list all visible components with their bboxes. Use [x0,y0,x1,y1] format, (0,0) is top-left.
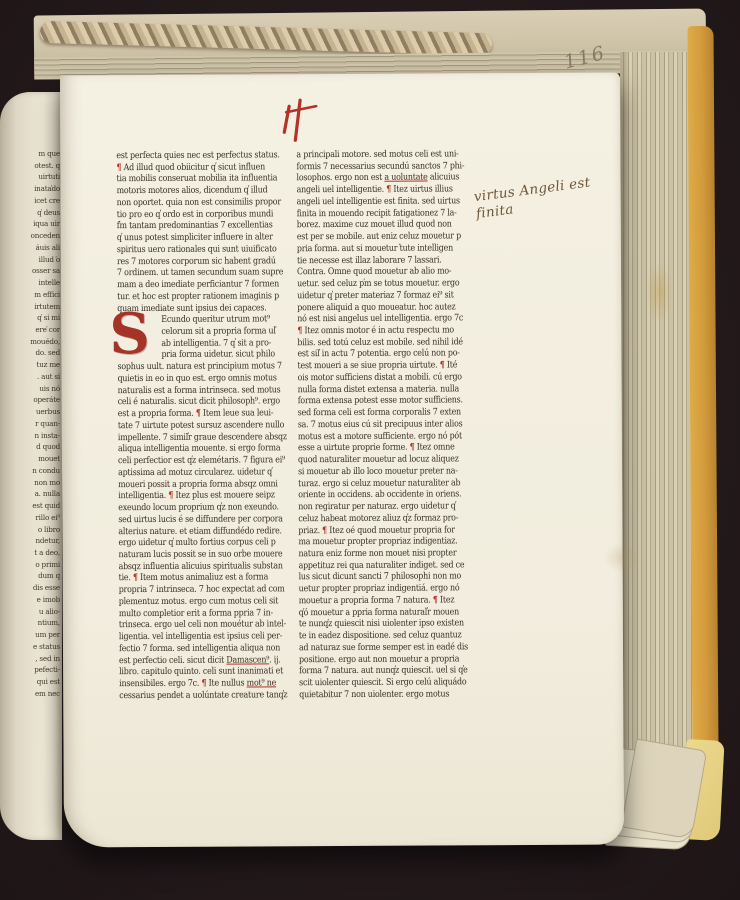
text-line: ¶ Itez omnis motor é in actu respectu mo [297,325,462,338]
text-line: appetituz rei qua naturaliter indiget. s… [299,560,464,573]
fragment-line: pefecti- [14,664,60,676]
page-corner [621,738,708,839]
text-line: te nunq̕z quiescit nisi uiolenter ipso e… [299,619,464,632]
text-line: f̕m tantam predominantias 7 excellentias [117,221,274,234]
text-line: intelligentia. ¶ Itez plus est mouere se… [118,491,275,504]
pilcrow-mark: ¶ [133,574,138,584]
text-line: non oportet. quia non est consimilis pro… [117,197,274,210]
text-line: tie necesse est illaz laborare 7 lassari… [297,255,462,268]
text-line: absqz influentia alicuius spiritualis su… [119,561,276,574]
text-line: te in eadez dispositione. sed celuz quan… [299,630,464,643]
fragment-line: osser sa [14,265,60,277]
fragment-line: est quid [14,500,60,512]
text-line: mam a deo imediate perficiantur 7 formen [117,279,274,292]
red-quire-mark [274,96,320,144]
text-line: Contra. Omne quod mouetur ab alio mo- [297,267,462,280]
text-line: quam imediate sunt ipsius dei capaces. [117,303,274,316]
text-line: naturalis est a forma intrinseca. sed mo… [118,385,275,398]
fragment-line: ere̕ cor [14,324,60,336]
fragment-line: rillo ei⁹ [14,512,60,524]
text-line: aptissima ad motuz circularez. uidetur q… [118,467,275,480]
pilcrow-mark: ¶ [433,595,438,605]
fragment-line: ndetur, [14,535,60,547]
fragment-line: icet cre [14,195,60,207]
fragment-line: um per [14,629,60,641]
text-line: q̕ó mouetur a ppria forma natural̕r moue… [299,607,464,620]
text-line: fectio 7 forma. sed intelligentia aliqua… [119,643,276,656]
fragment-line: onceden [14,230,60,242]
braided-endband [40,21,492,56]
text-line: angeli uel intelligentie est finita. sed… [297,196,462,209]
text-line: non regiratur per naturaz. ergo uidetur … [298,501,463,514]
fragment-line: inata̕do [14,183,60,195]
text-column-right: a principali motore. sed motus celi est … [296,149,487,706]
text-line: impellente. 7 simil̕r graue descendere a… [118,432,275,445]
pilcrow-mark: ¶ [201,679,206,689]
fragment-line: tuz me [14,359,60,371]
text-line: uetur. sed celuz p̕m se totus mouetur. e… [297,278,462,291]
pilcrow-mark: ¶ [196,409,201,419]
book-cover-edge [687,26,718,752]
text-line: finita in mouendo recipit fatigationez 7… [297,208,462,221]
text-line: priaz. ¶ Itez oé quod mouetur propria fo… [298,525,463,538]
text-line: quietis in eo in quo est. ergo omnis mot… [118,373,275,386]
pilcrow-mark: ¶ [322,526,327,536]
fragment-line: d quod [14,441,60,453]
text-line: sed uirtus lucis é se diffundere per cor… [118,514,275,527]
book-photograph: m queotest. q̕uirtutiinata̕doicet creq̕ … [0,0,740,900]
fragment-line: áuis ali [14,242,60,254]
fragment-line: r quan- [14,418,60,430]
fragment-line: qui est [14,676,60,688]
text-line: q̕ unus potest simpliciter influere in a… [117,232,274,245]
text-line: motoris motores alios, dicendum q̕ illud [117,186,274,199]
text-line: est perfectio celi. sicut dicit Damascen… [119,655,276,668]
text-line: motus est a motore sufficiente. ergo nó … [298,431,463,444]
pilcrow-mark: ¶ [168,491,173,501]
fragment-line: , sed in [14,653,60,665]
text-line: ad naturaz sue forme semper est in eadé … [299,642,464,655]
text-line: test moueri a se siue propria uirtute. ¶… [297,361,462,374]
text-line: pria forma. aut si mouetur ̕tute intelli… [297,243,462,256]
text-line: ligentia. vel intelligentia est ipsius c… [119,631,276,644]
text-line: est sil̕ in actu 7 potentia. ergo celú n… [297,349,462,362]
text-line: sed forma celi est forma corporalis 7 ex… [298,408,463,421]
text-line: tia mobilis conseruat mobilia ita influe… [117,174,274,187]
fragment-line: u alio- [14,606,60,618]
fragment-line: o primi [14,559,60,571]
facing-page-stub: m queotest. q̕uirtutiinata̕doicet creq̕ … [0,92,62,840]
text-line: libro. capitulo quinto. celi sunt inanim… [119,667,276,680]
text-line: quietabitur 7 non uiolenter. ergo motus [299,689,464,702]
text-line: est a propria forma. ¶ Item leue sua leu… [118,409,275,422]
fragment-line: intelle [14,277,60,289]
text-line: ab intelligentia. 7 q̕ sit a pro- [117,338,274,351]
fragment-line: n insta- [14,430,60,442]
text-line: forma extensa potest esse motor sufficie… [298,396,463,409]
text-line: 7 ordinem. ut tamen secundum suam supre [117,268,274,281]
text-line: a principali motore. sed motus celi est … [296,149,461,162]
text-column-left: est perfecta quies nec est perfectus sta… [116,150,297,707]
text-line: tur. et hoc est propter rationem imagini… [117,291,274,304]
marginal-annotation: virtus Angeli est finita [473,173,606,223]
text-line: uidetur q̕ preter materiaz 7 formaz ei⁹ … [297,290,462,303]
fragment-line: q̕ deus [14,207,60,219]
fragment-line: n condu [14,465,60,477]
text-line: tio pro eo q̕ ordo est in corporibus mun… [117,209,274,222]
text-line: celuz habeat motorez aliuz q̕z formaz pr… [298,513,463,526]
text-line: multo completior erit a forma ppria 7 in… [119,608,276,621]
text-line: nulla forma distet extensa a materia. nu… [298,384,463,397]
top-page-edges [34,8,707,79]
text-line: res 7 motores corporum sic habent gradú [117,256,274,269]
fragment-line: a. nulla [14,488,60,500]
fragment-line: operáte [14,394,60,406]
text-line: est per se mobile. aut eniz celuz mouetu… [297,232,462,245]
text-line: nó est nisi angelus uel intelligentia. e… [297,314,462,327]
manuscript-page: 116 virtus Angeli est finita S est perfe… [60,73,624,848]
text-line: si mouetur ab illo loco mouetur preter n… [298,466,463,479]
pilcrow-mark: ¶ [410,443,415,453]
text-line: sa. 7 motus eius cú sit precipuus inter … [298,419,463,432]
fragment-line: illud ̕o [14,254,60,266]
pilcrow-mark: ¶ [440,361,445,371]
text-line: sophus uult. natura est principium motus… [117,362,274,375]
fragment-line: mouédo, [14,336,60,348]
text-line: oriente in occidens. ab occidente in ori… [298,490,463,503]
pilcrow-mark: ¶ [297,326,302,336]
text-line: angeli uel intelligentie. ¶ Itez uirtus … [297,185,462,198]
text-line: losophos. ergo non est a uoluntate alicu… [297,173,462,186]
text-line: moueri possit a propria forma absqz omni [118,479,275,492]
text-line: esse a uirtute proprie forme. ¶ Itez omn… [298,443,463,456]
fragment-line: uirtuti [14,171,60,183]
fragment-line: otest. q̕ [14,160,60,172]
text-line: quod naturaliter mouetur ad locuz alique… [298,454,463,467]
text-line: forma 7 natura. aut nunq̕z quiescit. uel… [299,666,464,679]
fragment-line: non mo [14,477,60,489]
text-line: insensibiles. ergo 7c. ¶ Ite nullus mot⁹… [119,678,276,691]
fragment-line: dum q̕ [14,570,60,582]
text-line: celi é naturalis. sicut dicit philosoph⁹… [118,397,275,410]
fragment-line: uerbus [14,406,60,418]
text-line: spiritus uero rationales qui sunt uiuifi… [117,244,274,257]
text-line: borez. maxime cuz mouet illud quod non [297,220,462,233]
text-line: pria forma uidetur. sicut philo [117,350,274,363]
text-line: Ecundo queritur utrum mot⁹ [117,315,274,328]
text-line: ergo uidetur q̕ multo fortius corpus cel… [118,538,275,551]
fore-edge-leaves [620,52,694,810]
fragment-line: ntium, [14,617,60,629]
text-line: exeundo locum proprium q̕z non exeundo. [118,502,275,515]
text-line: celorum sit a propria forma ul̕ [117,326,274,339]
text-line: ois motor sufficiens distat a mobili. cú… [298,372,463,385]
text-line: natura eniz forme non mouet nisi propter [298,548,463,561]
fragment-line: do. sed [14,347,60,359]
fragment-line: m que [14,148,60,160]
fragment-line: e imob̕ [14,594,60,606]
text-line: uetur propter propriaz indigentiá. ergo … [299,584,464,597]
fragment-line: . aut si [14,371,60,383]
fragment-line: e status [14,641,60,653]
text-line: celi perfectior est q̕z elemétaris. 7 fi… [118,455,275,468]
fragment-line: t a deo, [14,547,60,559]
pilcrow-mark: ¶ [116,163,121,173]
text-line: cessarius pendet a uolúntate creature ta… [119,690,276,703]
fragment-line: dis esse [14,582,60,594]
text-line: naturam lucis possit se in suo orbe moue… [118,549,275,562]
fragment-line: m effici [14,289,60,301]
text-line: tie. ¶ Item motus animaliuz est a forma [119,573,276,586]
text-line: est perfecta quies nec est perfectus sta… [116,150,273,163]
text-line: lus sicut dicunt sancti 7 philosophi non… [299,572,464,585]
fragment-line: em nec [14,688,60,700]
text-line: ¶ Ad illud quod obiicitur q̕ sicut influ… [116,162,273,175]
pilcrow-mark: ¶ [386,185,391,195]
text-line: formis 7 necessarius secundú sanctos 7 p… [296,161,461,174]
text-line: positione. ergo aut non mouetur a propri… [299,654,464,667]
fragment-line: irtutem [14,301,60,313]
text-line: scit uiolenter quiescit. Si ergo celú al… [299,677,464,690]
text-line: bilis. sed totú celuz est mobile. sed ni… [297,337,462,350]
text-line: alterius nature. et etiam diffundédo red… [118,526,275,539]
fragment-line: q̕ si mi [14,312,60,324]
text-line: trinseca. ergo uel celi non mouétur ab i… [119,620,276,633]
text-line: turaz. ergo si celuz mouetur naturaliter… [298,478,463,491]
facing-page-text-fragments: m queotest. q̕uirtutiinata̕doicet creq̕ … [14,148,60,700]
text-line: plementuz motus. ergo cum motus celi sit [119,596,276,609]
text-line: mouetur a propria forma 7 natura. ¶ Itez [299,595,464,608]
fragment-line: mouet [14,453,60,465]
fragment-line: iqua uir [14,218,60,230]
text-line: propria 7 intrinseca. 7 hoc expectat ad … [119,585,276,598]
fragment-line: uis nó [14,383,60,395]
fragment-line: o libro [14,524,60,536]
text-line: tate 7 uirtute potest sursuz ascendere n… [118,420,275,433]
text-line: aliqua intelligentia mouente. si ergo fo… [118,444,275,457]
text-line: ma mouetur propter propriaz indigentiaz. [298,537,463,550]
text-line: ponere aliquid a quo moueatur. hoc autez [297,302,462,315]
